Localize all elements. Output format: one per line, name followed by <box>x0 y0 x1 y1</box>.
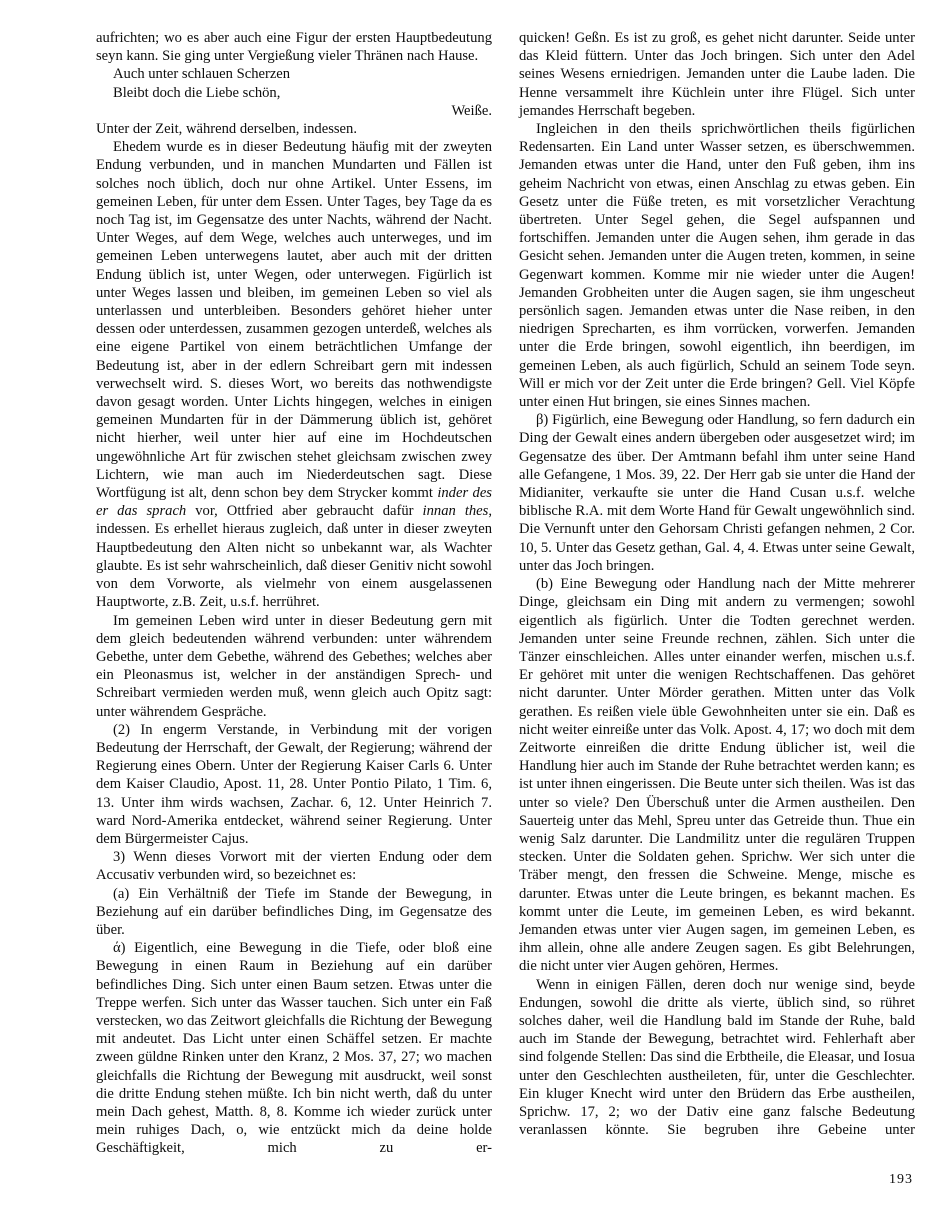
text-segment: Bleibt doch die Liebe schön, <box>113 85 280 101</box>
paragraph: Ehedem wurde es in dieser Bedeutung häuf… <box>96 138 492 611</box>
paragraph: 3) Wenn dieses Vorwort mit der vierten E… <box>96 848 492 884</box>
text-segment: 3) Wenn dieses Vorwort mit der vierten E… <box>96 849 492 883</box>
text-segment: β) Figürlich, eine Bewegung oder Handlun… <box>519 412 915 574</box>
text-segment: quicken! Geßn. Es ist zu groß, es gehet … <box>519 30 915 119</box>
paragraph: Im gemeinen Leben wird unter in dieser B… <box>96 612 492 721</box>
italic-text-segment: innan thes <box>423 503 489 519</box>
left-text-column: aufrichten; wo es aber auch eine Figur d… <box>96 29 492 1158</box>
paragraph: Wenn in einigen Fällen, deren doch nur w… <box>519 976 915 1140</box>
paragraph: Auch unter schlauen Scherzen <box>96 65 492 83</box>
text-segment: , indessen. Es erhellet hieraus zugleich… <box>96 503 492 610</box>
text-segment: (b) Eine Bewegung oder Handlung nach der… <box>519 576 915 974</box>
page-number: 193 <box>889 1171 913 1189</box>
paragraph: Bleibt doch die Liebe schön, <box>96 84 492 102</box>
text-segment: vor, Ottfried aber gebraucht dafür <box>186 503 422 519</box>
text-segment: Im gemeinen Leben wird unter in dieser B… <box>96 613 492 720</box>
paragraph: Weiße. <box>96 102 492 120</box>
text-segment: aufrichten; wo es aber auch eine Figur d… <box>96 30 492 64</box>
paragraph: ά) Eigentlich, eine Bewegung in die Tief… <box>96 939 492 1157</box>
paragraph: (2) In engerm Verstande, in Verbindung m… <box>96 721 492 848</box>
text-segment: ά) Eigentlich, eine Bewegung in die Tief… <box>96 940 492 1156</box>
text-segment: Weiße. <box>451 103 492 119</box>
right-text-column: quicken! Geßn. Es ist zu groß, es gehet … <box>519 29 915 1139</box>
document-page: aufrichten; wo es aber auch eine Figur d… <box>0 0 935 1210</box>
text-segment: Ehedem wurde es in dieser Bedeutung häuf… <box>96 139 492 501</box>
paragraph: Unter der Zeit, während derselben, indes… <box>96 120 492 138</box>
text-segment: Auch unter schlauen Scherzen <box>113 66 290 82</box>
paragraph: aufrichten; wo es aber auch eine Figur d… <box>96 29 492 65</box>
text-segment: Wenn in einigen Fällen, deren doch nur w… <box>519 977 915 1139</box>
text-segment: Unter der Zeit, während derselben, indes… <box>96 121 357 137</box>
text-segment: (2) In engerm Verstande, in Verbindung m… <box>96 722 492 847</box>
paragraph: (b) Eine Bewegung oder Handlung nach der… <box>519 575 915 975</box>
paragraph: β) Figürlich, eine Bewegung oder Handlun… <box>519 411 915 575</box>
paragraph: quicken! Geßn. Es ist zu groß, es gehet … <box>519 29 915 120</box>
text-segment: Ingleichen in den theils sprichwörtliche… <box>519 121 915 410</box>
paragraph: Ingleichen in den theils sprichwörtliche… <box>519 120 915 411</box>
text-segment: (a) Ein Verhältniß der Tiefe im Stande d… <box>96 886 492 938</box>
paragraph: (a) Ein Verhältniß der Tiefe im Stande d… <box>96 885 492 940</box>
